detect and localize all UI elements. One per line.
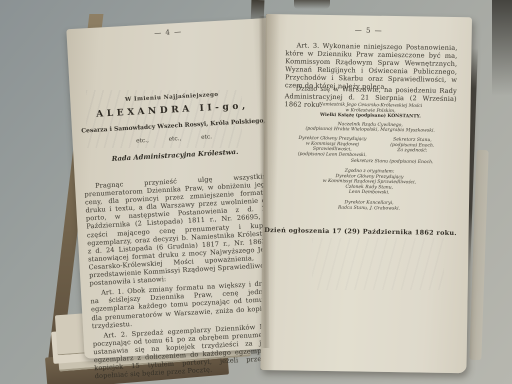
page-number-left: — 4 —	[75, 18, 260, 41]
signature-block: Namiestnik Jego Cesarsko-Królewskiej Moś…	[263, 101, 471, 212]
left-page: — 4 — W Imieniu Najjaśniejszego ALEXANDR…	[66, 18, 286, 359]
decree-preamble: Pragnąc przynieść ulgę wszystkim prenume…	[84, 172, 275, 287]
secretary-attestation: Sekretarz Stanu (podpisano) Enoch.	[290, 158, 450, 166]
viceroy-signature: Namiestnik Jego Cesarsko-Królewskiej Moś…	[290, 101, 450, 119]
right-page: — 5 — Art. 3. Wykonanie niniejszego Post…	[260, 14, 472, 373]
background-shadow-top-right	[492, 0, 512, 96]
secretary-signature-column: Sekretarz Stanu, (podpisano) Enoch. Za z…	[375, 137, 451, 159]
certified-copy-signature: Zgodno z oryginałem: Dyrektor Główny Pre…	[289, 167, 449, 196]
director-signature-column: Dyrektor Główny Prezydujący w Kommissyi …	[290, 135, 375, 158]
chancellery-signature: Dyrektor Kancellaryi, Radca Stanu, J. Gr…	[289, 199, 449, 212]
book-top-edge-mark	[294, 0, 330, 9]
left-page-text-column: — 4 — W Imieniu Najjaśniejszego ALEXANDR…	[75, 18, 279, 380]
etc-item: etc.	[201, 134, 212, 141]
decree-article-2: Art. 2. Sprzedaż egzemplarzy Dzienników …	[92, 322, 279, 381]
photo-of-open-book: — 4 — W Imieniu Najjaśniejszego ALEXANDR…	[0, 0, 512, 384]
issuing-body-heading: Rada Administracyjna Królestwa.	[82, 146, 267, 164]
etc-item: etc.,	[169, 136, 182, 143]
signature-line: Wielki Książę (podpisano) KONSTANTY.	[290, 112, 450, 120]
etc-item: etc.,	[136, 138, 149, 145]
signature-line: Leon Dembowski.	[289, 189, 449, 197]
etc-line: etc., etc., etc.	[82, 131, 267, 147]
signature-line: Radca Stanu, J. Grabowski.	[289, 204, 449, 212]
signature-line: (podpisano) Hrabia Wielopolski, Margrabi…	[290, 126, 450, 134]
page-number-right: — 5 —	[266, 25, 472, 36]
promulgation-date-line: Dzień ogłoszenia 17 (29) Października 18…	[263, 226, 459, 237]
signature-columns: Dyrektor Główny Prezydujący w Kommissyi …	[290, 135, 450, 159]
signature-line: Za zgodność:	[375, 147, 450, 153]
civil-government-signature: Naczelnik Rządu Cywilnego, (podpisano) H…	[290, 121, 450, 134]
